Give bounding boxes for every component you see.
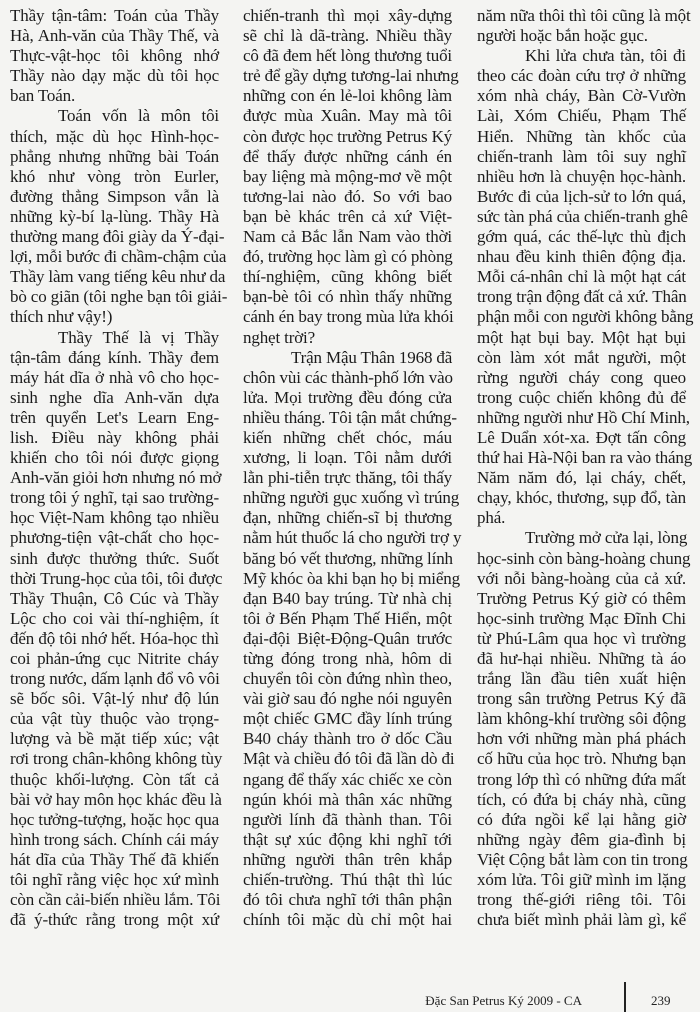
document-page: Thầy tận-tâm: Toán của ThầyHà, Anh-văn c… [0,0,700,1012]
text-column-1: Thầy tận-tâm: Toán của ThầyHà, Anh-văn c… [10,6,219,930]
text-line: cô đã đem hết lòng thương tuổi [243,46,452,66]
text-line: băng bó vết thương, những lính [243,549,452,569]
text-line: bạn bè khác trên cả xứ Việt- [243,207,452,227]
text-line: chính tôi mặc dù chỉ một hai [243,910,452,930]
text-line: chôn vùi các thành-phố lớn vào [243,368,452,388]
text-line: phận mỗi con người không bằng [477,307,686,327]
text-line: Thầy Thuận, Cô Cúc và Thầy [10,589,219,609]
text-line: Nam cả Bắc lẫn Nam vào thời [243,227,452,247]
footer-divider [624,982,626,1012]
text-line: chiến-trường. Thú thật thì lúc [243,870,452,890]
text-line: tôi nghĩ rằng việc học xứ mình [10,870,219,890]
text-line: nhiều hơn là chuyện học-hành. [477,167,686,187]
text-line: B40 cháy thành tro ở dốc Cầu [243,729,452,749]
text-line: có đứa ngồi kể lại hằng giờ [477,810,686,830]
text-line: thứ hai Hà-Nội ban ra vào tháng [477,448,686,468]
text-line: để thấy được những cánh én [243,147,452,167]
text-line: đạn, những chiến-sĩ bị thương [243,508,452,528]
text-line: hình trong sách. Chính cái máy [10,830,219,850]
text-line: lợi, mỗi bước đi chầm-chậm của [10,247,219,267]
text-line: Thực-vật-học tôi không nhớ [10,46,219,66]
text-line: trên quyển Let's Learn Eng- [10,408,219,428]
text-line: Khi lửa chưa tàn, tôi đi [477,46,686,66]
text-line: Hà, Anh-văn của Thầy Thế, và [10,26,219,46]
text-line: còn làm xót mắt người, một [477,348,686,368]
text-line: đường thẳng Simpson vẫn là [10,187,219,207]
text-line: kiến những chết chóc, máu [243,428,452,448]
text-line: được mùa Xuân. May mà tôi [243,106,452,126]
text-line: đến độ tôi nhớ hết. Hóa-học thì [10,629,219,649]
text-line: khó như vòng tròn Eurler, [10,167,219,187]
text-line: trong cuộc chiến không đủ để [477,388,686,408]
text-line: thí-nghiệm, cũng không biết [243,267,452,287]
text-line: những người thân trên khắp [243,850,452,870]
text-line: thích như vậy!) [10,307,219,327]
text-line: chưa biết mình phải làm gì, kể [477,910,686,930]
text-line: rừng người cháy cong queo [477,368,686,388]
text-line: xóm nhà cháy, Bàn Cờ-Vườn [477,86,686,106]
text-line: học-sinh trường Mạc Đĩnh Chi [477,609,686,629]
text-line: với nỗi bàng-hoàng của cả xứ. [477,569,686,589]
text-line: Thầy làm vang tiếng kêu như da [10,267,219,287]
text-line: xóm lửa. Tôi giữ mình im lặng [477,870,686,890]
text-line: người hoặc bắn hoặc gục. [477,26,686,46]
text-line: bạn-bè tôi có nhìn thấy những [243,287,452,307]
text-line: trẻ để gầy dựng tương-lai nhưng [243,66,452,86]
text-line: Việt Cộng bắt làm con tin trong [477,850,686,870]
text-line: đại-đội Biệt-Động-Quân trước [243,629,452,649]
text-line: gớm quá, các thế-lực thù địch [477,227,686,247]
text-line: lish. Điều này không phải [10,428,219,448]
text-line: trong nước, dấm lạnh đổ vô vôi [10,669,219,689]
text-line: sẽ bốc sôi. Vật-lý như độ lún [10,689,219,709]
text-line: Thầy tận-tâm: Toán của Thầy [10,6,219,26]
text-line: sẽ chỉ là dã-tràng. Nhiều thầy [243,26,452,46]
text-line: Anh-văn giỏi hơn nhưng nó mở [10,468,219,488]
text-line: thật sự xúc động khi nghĩ tới [243,830,452,850]
text-line: Năm năm đó, lại cháy, chết, [477,468,686,488]
text-line: những người như Hồ Chí Minh, [477,408,686,428]
text-line: trong trận động đất cả xứ. Thân [477,287,686,307]
text-line: khiến cho tôi nói được giọng [10,448,219,468]
text-line: đã ý-thức rằng trong một xứ [10,910,219,930]
text-line: xương, li loạn. Tôi nằm dưới [243,448,452,468]
page-number: 239 [651,993,671,1009]
text-line: chiến-tranh làm tôi suy nghĩ [477,147,686,167]
text-line: rơi trong chân-không không tùy [10,749,219,769]
text-line: Lê Duẩn xót-xa. Đợt tấn công [477,428,686,448]
text-line: đó tôi chưa nghĩ tới thân phận [243,890,452,910]
text-line: bài vở hay môn học khác đều là [10,790,219,810]
text-line: tôi ở Bến Phạm Thế Hiển, một [243,609,452,629]
text-line: nằm hút thuốc lá cho người trợ y [243,528,452,548]
text-line: từng đóng trong nhà, hôm di [243,649,452,669]
text-line: còn cần cải-biến nhiều lắm. Tôi [10,890,219,910]
text-line: Trường mở cửa lại, lòng [477,528,686,548]
text-line: bay liệng mà mộng-mơ về một [243,167,452,187]
text-line: năm nữa thôi thì tôi cũng là một [477,6,686,26]
text-column-2: chiến-tranh thì mọi xây-dựngsẽ chỉ là dã… [243,6,452,930]
text-line: những người gục xuống vì trúng [243,488,452,508]
text-line: sinh nghe dĩa Anh-văn dựa [10,388,219,408]
text-line: Mỗi cá-nhân chỉ là một hạt cát [477,267,686,287]
text-line: lượng và bề mặt tiếp xúc; vật [10,729,219,749]
text-line: sinh được thưởng thức. Suốt [10,549,219,569]
text-line: lửa. Mọi trường đều đóng cửa [243,388,452,408]
text-line: cố hữu của học trò. Nhưng bạn [477,749,686,769]
text-line: từ Phú-Lâm qua học vì trường [477,629,686,649]
text-line: trắng lần đầu tiên xuất hiện [477,669,686,689]
text-line: Bước đi của lịch-sử to lớn quá, [477,187,686,207]
text-line: Lài, Xóm Chiếu, Phạm Thế [477,106,686,126]
text-line: học Việt-Nam không tạo nhiều [10,508,219,528]
text-line: ban Toán. [10,86,219,106]
text-line: nhiều tháng. Tôi tận mắt chứng- [243,408,452,428]
text-line: Lộc cho coi vài thí-nghiệm, ít [10,609,219,629]
text-line: học tưởng-tượng, hoặc học qua [10,810,219,830]
text-line: đó, trường học làm gì có phòng [243,247,452,267]
text-line: một hạt bụi bay. Một hạt bụi [477,328,686,348]
text-line: của vật tùy thuộc vào trọng- [10,709,219,729]
text-line: trong tôi ý nghĩ, tại sao trường- [10,488,219,508]
text-line: thời Trung-học của tôi, tôi được [10,569,219,589]
text-line: phẳng nhưng những bài Toán [10,147,219,167]
text-line: thuộc khối-lượng. Còn tất cả [10,770,219,790]
text-line: lằn phi-tiễn trực thăng, tôi thấy [243,468,452,488]
page-footer: Đặc San Petrus Ký 2009 - CA 239 [0,982,700,1012]
text-line: tận-tâm đáng kính. Thầy đem [10,348,219,368]
text-line: trong sân trường Petrus Ký đã [477,689,686,709]
text-line: cánh én bay trong mùa lửa khói [243,307,452,327]
text-line: Mỹ khóc òa khi bạn họ bị miểng [243,569,452,589]
text-line: Trường Petrus Ký giờ có thêm [477,589,686,609]
text-line: chiến-tranh thì mọi xây-dựng [243,6,452,26]
text-line: sức tàn phá của chiến-tranh ghê [477,207,686,227]
text-line: tích, có đứa bị cháy nhà, cũng [477,790,686,810]
text-line: Thầy Thế là vị Thầy [10,328,219,348]
text-line: chạy, khóc, thương, sụp đổ, tàn [477,488,686,508]
text-line: những ngày đêm gia-đình bị [477,830,686,850]
text-line: đã hư-hại nhiều. Những tà áo [477,649,686,669]
text-line: phương-tiện vật-chất cho học- [10,528,219,548]
text-line: hơn với những màn phá phách [477,729,686,749]
text-line: ngang để thấy xác chiếc xe còn [243,770,452,790]
text-line: Toán vốn là môn tôi [10,106,219,126]
text-line: phá. [477,508,686,528]
text-column-3: năm nữa thôi thì tôi cũng là mộtngười ho… [477,6,686,930]
text-line: coi phản-ứng cục Nitrite cháy [10,649,219,669]
text-line: vài giờ sau đó nghe nói nguyên [243,689,452,709]
text-line: thích, mặc dù học Hình-học- [10,127,219,147]
text-line: những con én lẻ-loi không làm [243,86,452,106]
text-line: làm không-khí trường sôi động [477,709,686,729]
text-line: Mật và chiều đó tôi đã lần dò đi [243,749,452,769]
text-line: nghẹt trời? [243,328,452,348]
text-line: Hiển. Những tàn khốc của [477,127,686,147]
text-line: theo các đoàn cứu trợ ở những [477,66,686,86]
text-line: ngún khói mà thân xác những [243,790,452,810]
text-line: Thầy nào dạy mặc dù tôi học [10,66,219,86]
text-line: bò co giãn (tôi nghe bạn tôi giải- [10,287,219,307]
text-line: thường mang đôi giày da Ý-đại- [10,227,219,247]
text-line: một chiếc GMC đầy lính trúng [243,709,452,729]
text-line: Trận Mậu Thân 1968 đã [243,348,452,368]
text-line: máy hát dĩa ở nhà vô cho học- [10,368,219,388]
publication-title: Đặc San Petrus Ký 2009 - CA [425,993,582,1009]
text-line: trong lớp thì có những đứa mất [477,770,686,790]
text-line: còn được học trường Petrus Ký [243,127,452,147]
text-line: nhau đều kinh thiên động địa. [477,247,686,267]
text-line: đạn B40 bay trúng. Từ nhà chị [243,589,452,609]
text-line: học-sinh còn bàng-hoàng chung [477,549,686,569]
text-line: trong thế-giới riêng tôi. Tôi [477,890,686,910]
text-line: chuyển tôi còn đứng nhìn theo, [243,669,452,689]
text-line: người lính đã thành than. Tôi [243,810,452,830]
text-line: hát dĩa của Thầy Thế đã khiến [10,850,219,870]
text-line: những kỳ-bí lạ-lùng. Thầy Hà [10,207,219,227]
text-line: tương-lai nào đó. So với bao [243,187,452,207]
